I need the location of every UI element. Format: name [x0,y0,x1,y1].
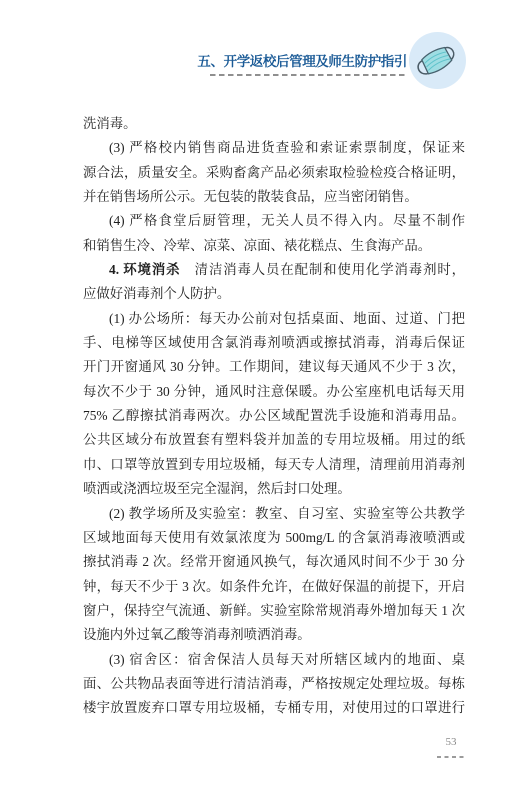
text-line: 手、电梯等区域使用含氯消毒剂喷洒或擦拭消毒，消毒后保证 [83,331,465,355]
text-segment: 钟，每天不少于 3 次。如条件允许，在做好保温的前提下，开启 [83,579,465,594]
body-text: 洗消毒。(3) 严格校内销售商品进货查验和索证索票制度，保证来源合法，质量安全。… [83,112,465,721]
title-dashed-divider [210,74,407,76]
document-page: 五、开学返校后管理及师生防护指引 洗消毒。(3) 严格校内销售商品进货查验和索证… [0,0,528,793]
page-number-dashes [437,756,466,758]
text-segment: 面、公共物品表面等进行清洁消毒，严格按规定处理垃圾。每栋 [83,676,465,691]
text-segment: 清洁消毒人员在配制和使用化学消毒剂时， [180,262,465,277]
text-segment: (2) 教学场所及实验室：教室、自习室、实验室等公共教学 [109,506,465,521]
text-line: 楼宇放置废弃口罩专用垃圾桶，专桶专用，对使用过的口罩进行 [83,696,465,720]
text-segment: 手、电梯等区域使用含氯消毒剂喷洒或擦拭消毒，消毒后保证 [83,335,465,350]
text-segment: 并在销售场所公示。无包装的散装食品，应当密闭销售。 [83,189,418,204]
text-line: (2) 教学场所及实验室：教室、自习室、实验室等公共教学 [83,502,465,526]
text-line: 源合法，质量安全。采购畜禽产品必须索取检验检疫合格证明， [83,161,465,185]
text-line: (4) 严格食堂后厨管理，无关人员不得入内。尽量不制作 [83,209,465,233]
text-line: 喷洒或浇洒垃圾至完全湿润，然后封口处理。 [83,477,465,501]
text-segment: 每次不少于 30 分钟，通风时注意保暖。办公室座机电话每天用 [83,384,465,399]
mask-badge [409,32,466,89]
text-line: 公共区域分布放置套有塑料袋并加盖的专用垃圾桶。用过的纸 [83,428,465,452]
text-segment: 楼宇放置废弃口罩专用垃圾桶，专桶专用，对使用过的口罩进行 [83,700,465,715]
text-line: 洗消毒。 [83,112,465,136]
text-segment: (3) 严格校内销售商品进货查验和索证索票制度，保证来 [109,140,465,155]
text-line: (3) 宿舍区：宿舍保洁人员每天对所辖区域内的地面、桌 [83,648,465,672]
text-segment: 喷洒或浇洒垃圾至完全湿润，然后封口处理。 [83,481,351,496]
text-line: 每次不少于 30 分钟，通风时注意保暖。办公室座机电话每天用 [83,380,465,404]
run-in-heading: 4. 环境消杀 [109,262,180,277]
text-segment: 巾、口罩等放置到专用垃圾桶，每天专人清理，清理前用消毒剂 [83,457,465,472]
text-segment: 75% 乙醇擦拭消毒两次。办公区域配置洗手设施和消毒用品。 [83,408,465,423]
text-line: (3) 严格校内销售商品进货查验和索证索票制度，保证来 [83,136,465,160]
text-line: 75% 乙醇擦拭消毒两次。办公区域配置洗手设施和消毒用品。 [83,404,465,428]
text-line: (1) 办公场所：每天办公前对包括桌面、地面、过道、门把 [83,307,465,331]
text-segment: 和销售生冷、冷荤、凉菜、凉面、裱花糕点、生食海产品。 [83,238,431,253]
text-segment: (1) 办公场所：每天办公前对包括桌面、地面、过道、门把 [109,311,465,326]
text-line: 应做好消毒剂个人防护。 [83,282,465,306]
text-line: 和销售生冷、冷荤、凉菜、凉面、裱花糕点、生食海产品。 [83,234,465,258]
page-number: 53 [436,736,466,748]
text-segment: (3) 宿舍区：宿舍保洁人员每天对所辖区域内的地面、桌 [109,652,465,667]
text-segment: 应做好消毒剂个人防护。 [83,286,230,301]
text-line: 设施内外过氧乙酸等消毒剂喷洒消毒。 [83,623,465,647]
text-segment: 区域地面每天使用有效氯浓度为 500mg/L 的含氯消毒液喷洒或 [83,530,465,545]
text-segment: 洗消毒。 [83,116,137,131]
text-line: 开门开窗通风 30 分钟。工作期间，建议每天通风不少于 3 次， [83,355,465,379]
text-line: 窗户，保持空气流通、新鲜。实验室除常规消毒外增加每天 1 次 [83,599,465,623]
text-line: 钟，每天不少于 3 次。如条件允许，在做好保温的前提下，开启 [83,575,465,599]
text-segment: 公共区域分布放置套有塑料袋并加盖的专用垃圾桶。用过的纸 [83,432,465,447]
text-segment: (4) 严格食堂后厨管理，无关人员不得入内。尽量不制作 [109,213,465,228]
text-segment: 源合法，质量安全。采购畜禽产品必须索取检验检疫合格证明， [83,165,465,180]
text-line: 面、公共物品表面等进行清洁消毒，严格按规定处理垃圾。每栋 [83,672,465,696]
text-segment: 擦拭消毒 2 次。经常开窗通风换气，每次通风时间不少于 30 分 [83,554,465,569]
text-segment: 窗户，保持空气流通、新鲜。实验室除常规消毒外增加每天 1 次 [83,603,465,618]
text-line: 区域地面每天使用有效氯浓度为 500mg/L 的含氯消毒液喷洒或 [83,526,465,550]
face-mask-icon [409,32,466,89]
text-line: 擦拭消毒 2 次。经常开窗通风换气，每次通风时间不少于 30 分 [83,550,465,574]
text-segment: 设施内外过氧乙酸等消毒剂喷洒消毒。 [83,627,311,642]
text-segment: 开门开窗通风 30 分钟。工作期间，建议每天通风不少于 3 次， [83,359,465,374]
text-line: 4. 环境消杀 清洁消毒人员在配制和使用化学消毒剂时， [83,258,465,282]
text-line: 巾、口罩等放置到专用垃圾桶，每天专人清理，清理前用消毒剂 [83,453,465,477]
chapter-title: 五、开学返校后管理及师生防护指引 [197,50,407,70]
text-line: 并在销售场所公示。无包装的散装食品，应当密闭销售。 [83,185,465,209]
